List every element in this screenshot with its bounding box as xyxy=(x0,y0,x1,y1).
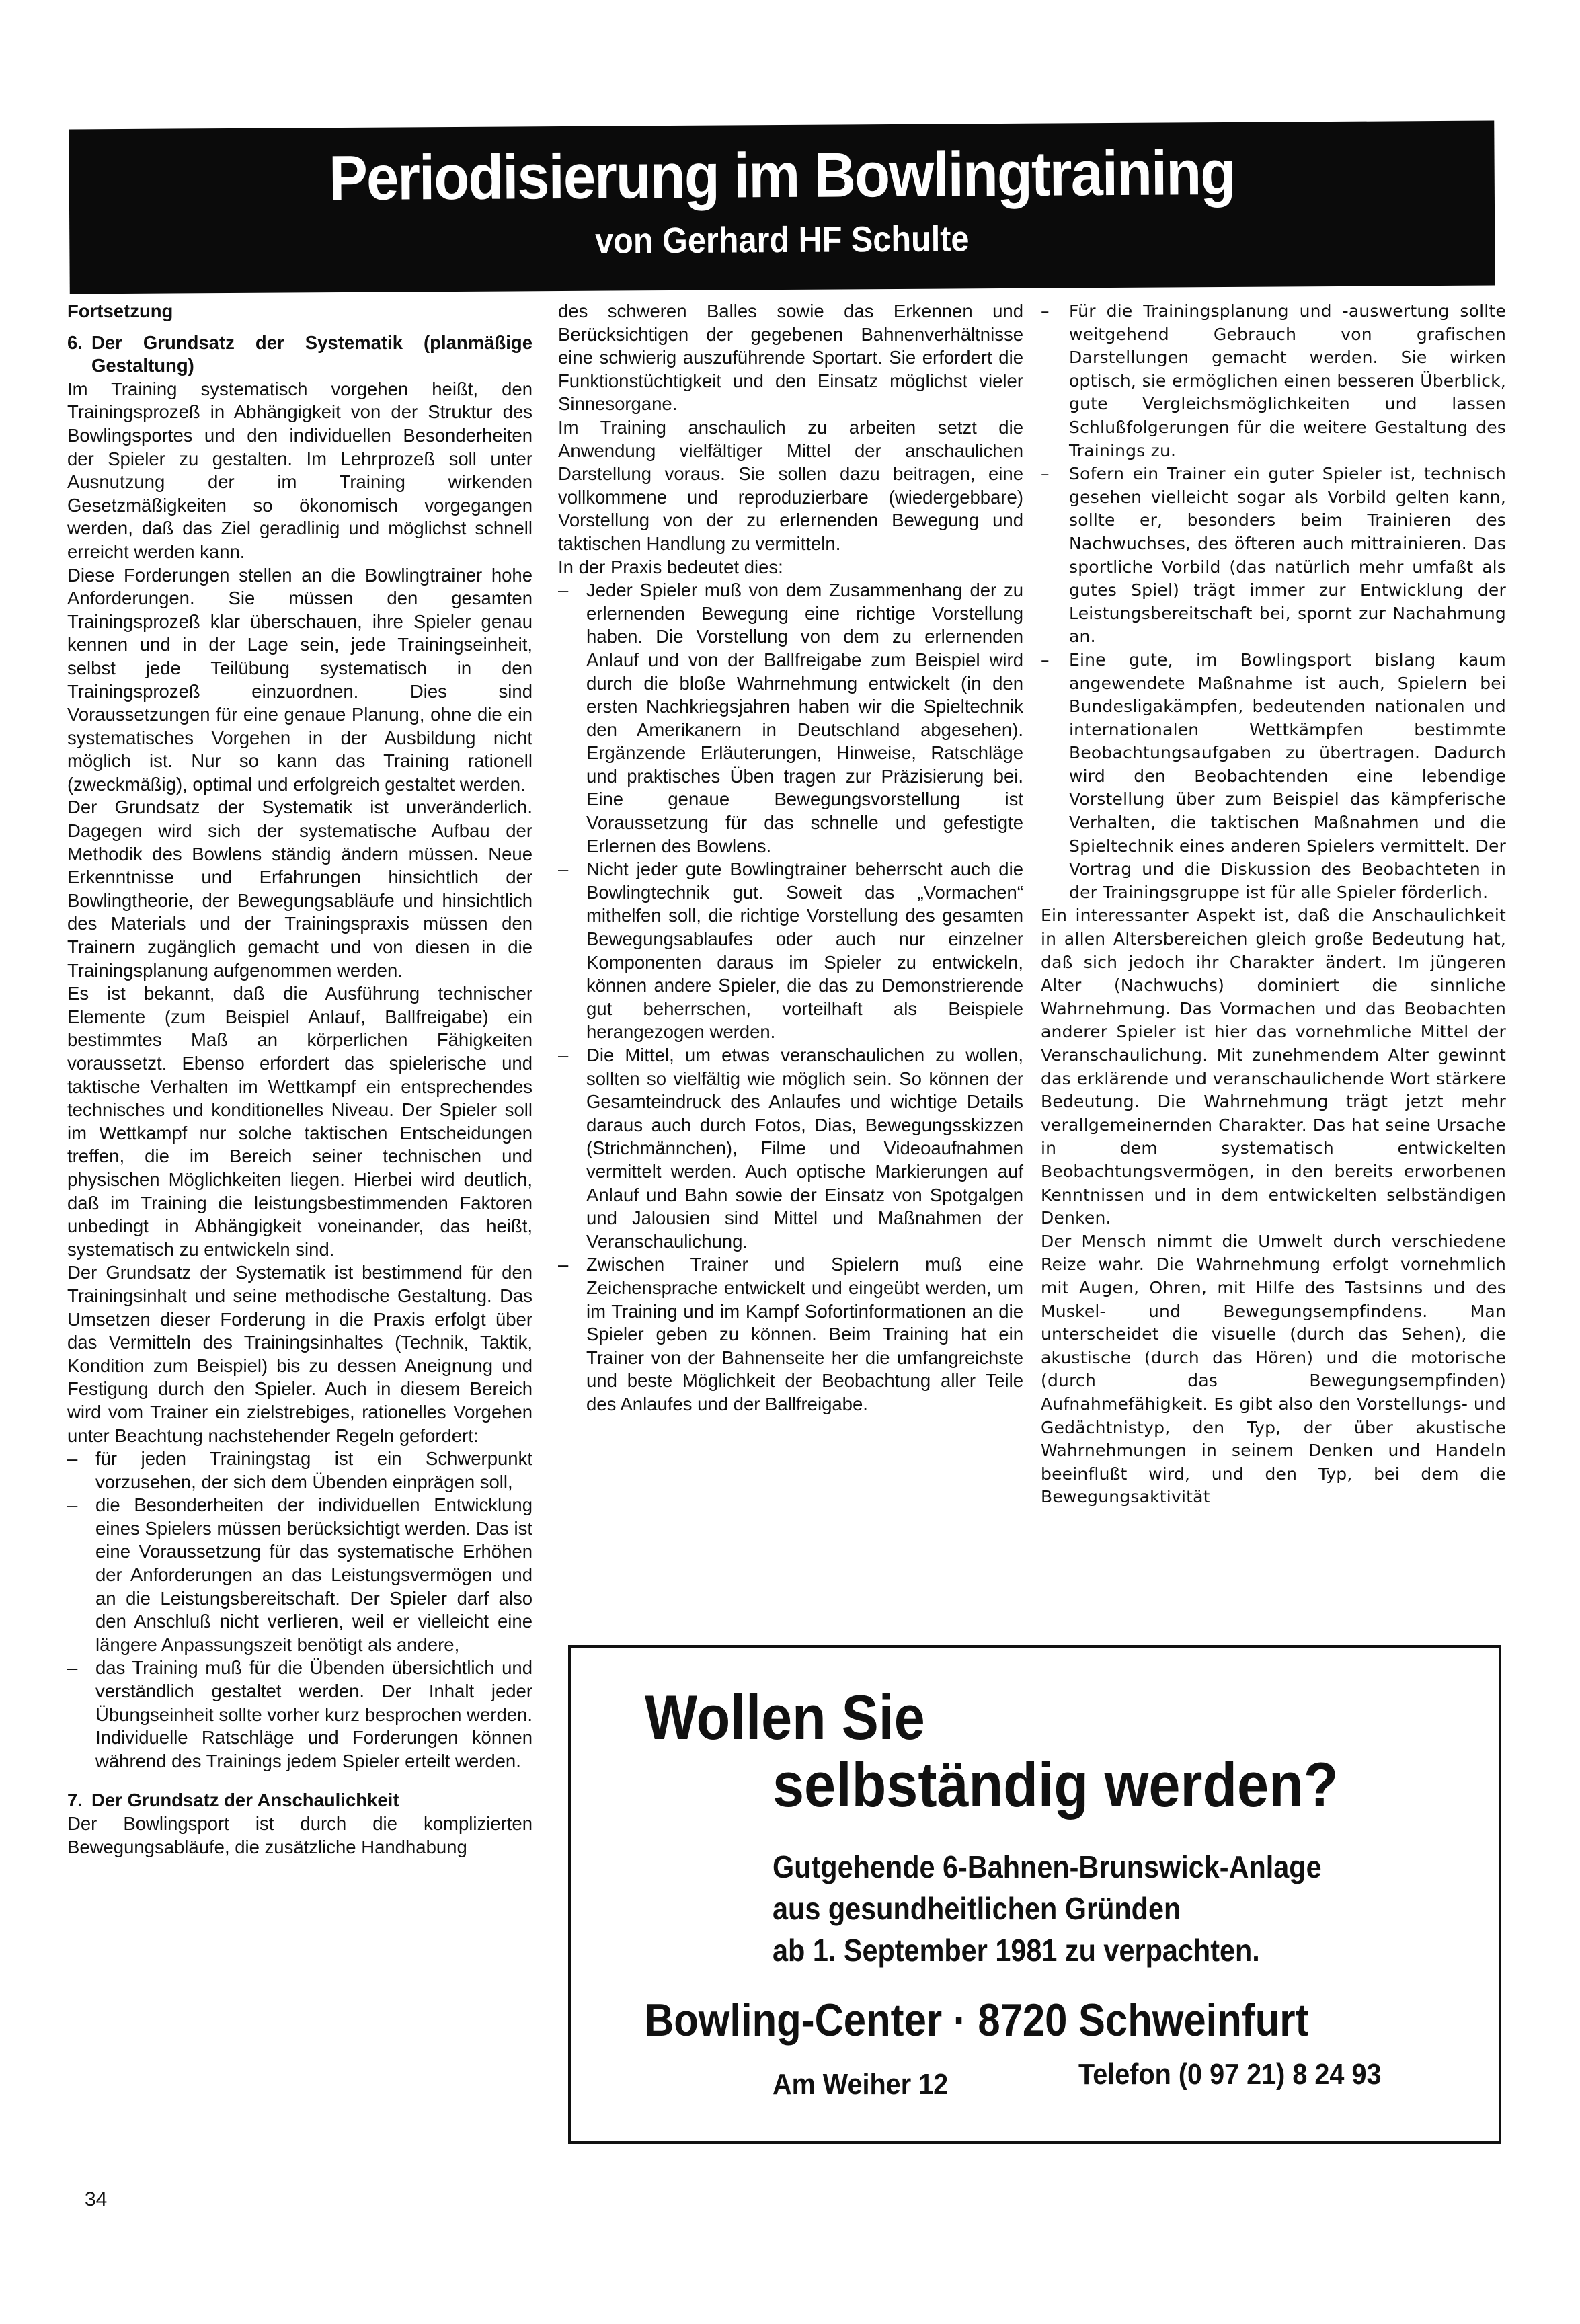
dash-bullet: – xyxy=(558,1253,586,1416)
text-column-1: Fortsetzung 6.Der Grundsatz der Systemat… xyxy=(67,300,532,1859)
page-number: 34 xyxy=(85,2188,107,2211)
list-item: –die Besonderheiten der individuellen En… xyxy=(67,1494,532,1656)
continuation-label: Fortsetzung xyxy=(67,300,532,323)
paragraph: Der Mensch nimmt die Umwelt durch versch… xyxy=(1041,1230,1506,1509)
ad-headline-line-2: selbständig werden? xyxy=(773,1749,1338,1821)
list-item: –Die Mittel, um etwas veranschaulichen z… xyxy=(558,1044,1023,1253)
dash-bullet: – xyxy=(67,1447,95,1494)
dash-bullet: – xyxy=(558,579,586,858)
paragraph: des schweren Balles sowie das Erkennen u… xyxy=(558,300,1023,416)
list-item: –Eine gute, im Bowlingsport bislang kaum… xyxy=(1041,649,1506,905)
dash-bullet: – xyxy=(1041,463,1069,649)
list-item: –für jeden Trainingstag ist ein Schwerpu… xyxy=(67,1447,532,1494)
paragraph: Im Training systematisch vorgehen heißt,… xyxy=(67,378,532,564)
text-column-3: –Für die Trainingsplanung und -auswertun… xyxy=(1041,300,1506,1509)
paragraph: Ein interessanter Aspekt ist, daß die An… xyxy=(1041,904,1506,1230)
paragraph: Diese Forderungen stellen an die Bowling… xyxy=(67,564,532,797)
article-title: Periodisierung im Bowlingtraining xyxy=(126,140,1437,211)
paragraph: Der Grundsatz der Systematik ist unverän… xyxy=(67,796,532,982)
section-number: 7. xyxy=(67,1789,91,1812)
ad-company: Bowling-Center · 8720 Schweinfurt xyxy=(645,1994,1309,2046)
paragraph: In der Praxis bedeutet dies: xyxy=(558,556,1023,579)
article-title-banner: Periodisierung im Bowlingtraining von Ge… xyxy=(69,121,1495,294)
dash-bullet: – xyxy=(67,1656,95,1773)
ad-headline-line-1: Wollen Sie xyxy=(645,1681,925,1754)
dash-bullet: – xyxy=(1041,300,1069,463)
section-title: Der Grundsatz der Systematik (planmäßige… xyxy=(91,331,532,378)
paragraph: Der Bowlingsport ist durch die komplizie… xyxy=(67,1812,532,1859)
text-column-2: des schweren Balles sowie das Erkennen u… xyxy=(558,300,1023,1416)
dash-bullet: – xyxy=(1041,649,1069,905)
paragraph: Es ist bekannt, daß die Ausführung techn… xyxy=(67,982,532,1261)
article-author: von Gerhard HF Schulte xyxy=(141,215,1423,265)
list-item: –Jeder Spieler muß von dem Zusammenhang … xyxy=(558,579,1023,858)
list-item: –Für die Trainingsplanung und -auswertun… xyxy=(1041,300,1506,463)
list-item: –Nicht jeder gute Bowlingtrainer beherrs… xyxy=(558,858,1023,1044)
list-item: –das Training muß für die Übenden übersi… xyxy=(67,1656,532,1773)
list-item: –Zwischen Trainer und Spielern muß eine … xyxy=(558,1253,1023,1416)
ad-phone: Telefon (0 97 21) 8 24 93 xyxy=(1078,2058,1381,2091)
dash-bullet: – xyxy=(558,1044,586,1253)
paragraph: Im Training anschaulich zu arbeiten setz… xyxy=(558,416,1023,556)
section-number: 6. xyxy=(67,331,91,378)
advertisement-box: Wollen Sie selbständig werden? Gutgehend… xyxy=(568,1645,1501,2144)
section-title: Der Grundsatz der Anschaulichkeit xyxy=(91,1789,399,1812)
paragraph: Der Grundsatz der Systematik ist bestimm… xyxy=(67,1261,532,1447)
section-6-heading: 6.Der Grundsatz der Systematik (planmäßi… xyxy=(67,331,532,378)
list-item: –Sofern ein Trainer ein guter Spieler is… xyxy=(1041,463,1506,649)
ad-body: Gutgehende 6-Bahnen-Brunswick-Anlage aus… xyxy=(773,1846,1322,1971)
section-7-heading: 7.Der Grundsatz der Anschaulichkeit xyxy=(67,1789,532,1812)
ad-address: Am Weiher 12 xyxy=(773,2068,948,2101)
dash-bullet: – xyxy=(558,858,586,1044)
dash-bullet: – xyxy=(67,1494,95,1656)
